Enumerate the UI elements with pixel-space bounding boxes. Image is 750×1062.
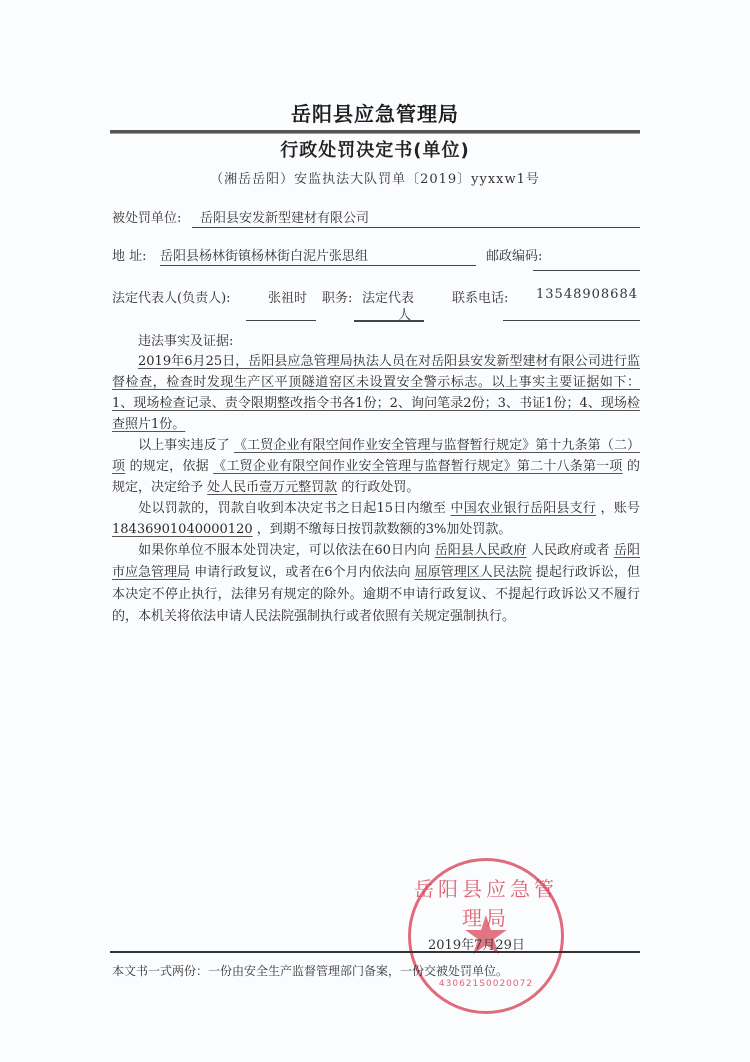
phone-value: 13548908684 bbox=[536, 287, 638, 302]
facts-paragraph: 2019年6月25日，岳阳县应急管理局执法人员在对岳阳县安发新型建材有限公司进行… bbox=[112, 351, 640, 435]
appeal-text-c: 申请行政复议，或者在6个月内依法向 bbox=[194, 565, 410, 580]
unit-label: 被处罚单位: bbox=[112, 207, 181, 226]
address-label: 地 址: bbox=[112, 245, 147, 264]
payment-paragraph: 处以罚款的，罚款自收到本决定书之日起15日内缴至 中国农业银行岳阳县支行 ，账号… bbox=[112, 498, 640, 540]
footer-note: 本文书一式两份：一份由安全生产监督管理部门备案，一份交被处罚单位。 bbox=[112, 962, 508, 979]
payment-text-a: 处以罚款的，罚款自收到本决定书之日起15日内缴至 bbox=[138, 501, 446, 516]
review-government: 岳阳县人民政府 bbox=[435, 543, 527, 558]
rep-label: 法定代表人(负责人): bbox=[112, 287, 231, 306]
facts-text: 2019年6月25日，岳阳县应急管理局执法人员在对岳阳县安发新型建材有限公司进行… bbox=[112, 354, 640, 432]
appeal-paragraph: 如果你单位不服本处罚决定，可以依法在60日内向 岳阳县人民政府 人民政府或者 岳… bbox=[112, 540, 640, 628]
address-underline bbox=[160, 265, 476, 266]
address-value: 岳阳县杨林街镇杨林街白泥片张思组 bbox=[160, 245, 368, 264]
court-name: 屈原管理区人民法院 bbox=[415, 565, 532, 580]
bank-name: 中国农业银行岳阳县支行 bbox=[451, 501, 597, 516]
legal-basis: 《工贸企业有限空间作业安全管理与监督暂行规定》第二十八条第一项 bbox=[213, 459, 622, 474]
position-underline bbox=[354, 320, 424, 322]
footer-rule bbox=[110, 951, 640, 953]
penalty-amount: 处人民币壹万元整罚款 bbox=[207, 480, 337, 495]
appeal-text-a: 如果你单位不服本处罚决定，可以依法在60日内向 bbox=[138, 543, 430, 558]
agency-name: 岳阳县应急管理局 bbox=[0, 98, 750, 127]
postal-label: 邮政编码: bbox=[486, 245, 542, 264]
seal-code: 430621S0020072 bbox=[411, 979, 561, 989]
appeal-text-b: 人民政府或者 bbox=[531, 543, 610, 558]
document-number: （湘岳岳阳）安监执法大队罚单〔2019〕yyxxw1号 bbox=[0, 168, 750, 187]
phone-label: 联系电话: bbox=[452, 287, 508, 306]
rep-value: 张祖时 bbox=[268, 287, 307, 306]
position-label: 职务: bbox=[322, 287, 352, 306]
violation-text-d: 的行政处罚。 bbox=[341, 480, 419, 495]
document-title: 行政处罚决定书(单位) bbox=[0, 136, 750, 162]
rep-underline bbox=[246, 320, 316, 321]
violation-text-a: 以上事实违反了 bbox=[138, 438, 230, 453]
unit-value: 岳阳县安发新型建材有限公司 bbox=[200, 207, 369, 226]
violation-text-b: 的规定，依据 bbox=[130, 459, 209, 474]
payment-text-b: ，账号 bbox=[601, 501, 640, 516]
violation-paragraph: 以上事实违反了 《工贸企业有限空间作业安全管理与监督暂行规定》第十九条第（二）项… bbox=[112, 435, 640, 498]
account-number: 18436901040000120 bbox=[112, 522, 253, 537]
postal-underline bbox=[533, 270, 640, 271]
phone-underline bbox=[503, 320, 640, 321]
unit-underline bbox=[192, 227, 640, 228]
facts-heading: 违法事实及证据: bbox=[138, 330, 233, 349]
header-rule bbox=[110, 130, 640, 134]
payment-text-c: ，到期不缴每日按罚款数额的3%加处罚款。 bbox=[257, 522, 512, 537]
